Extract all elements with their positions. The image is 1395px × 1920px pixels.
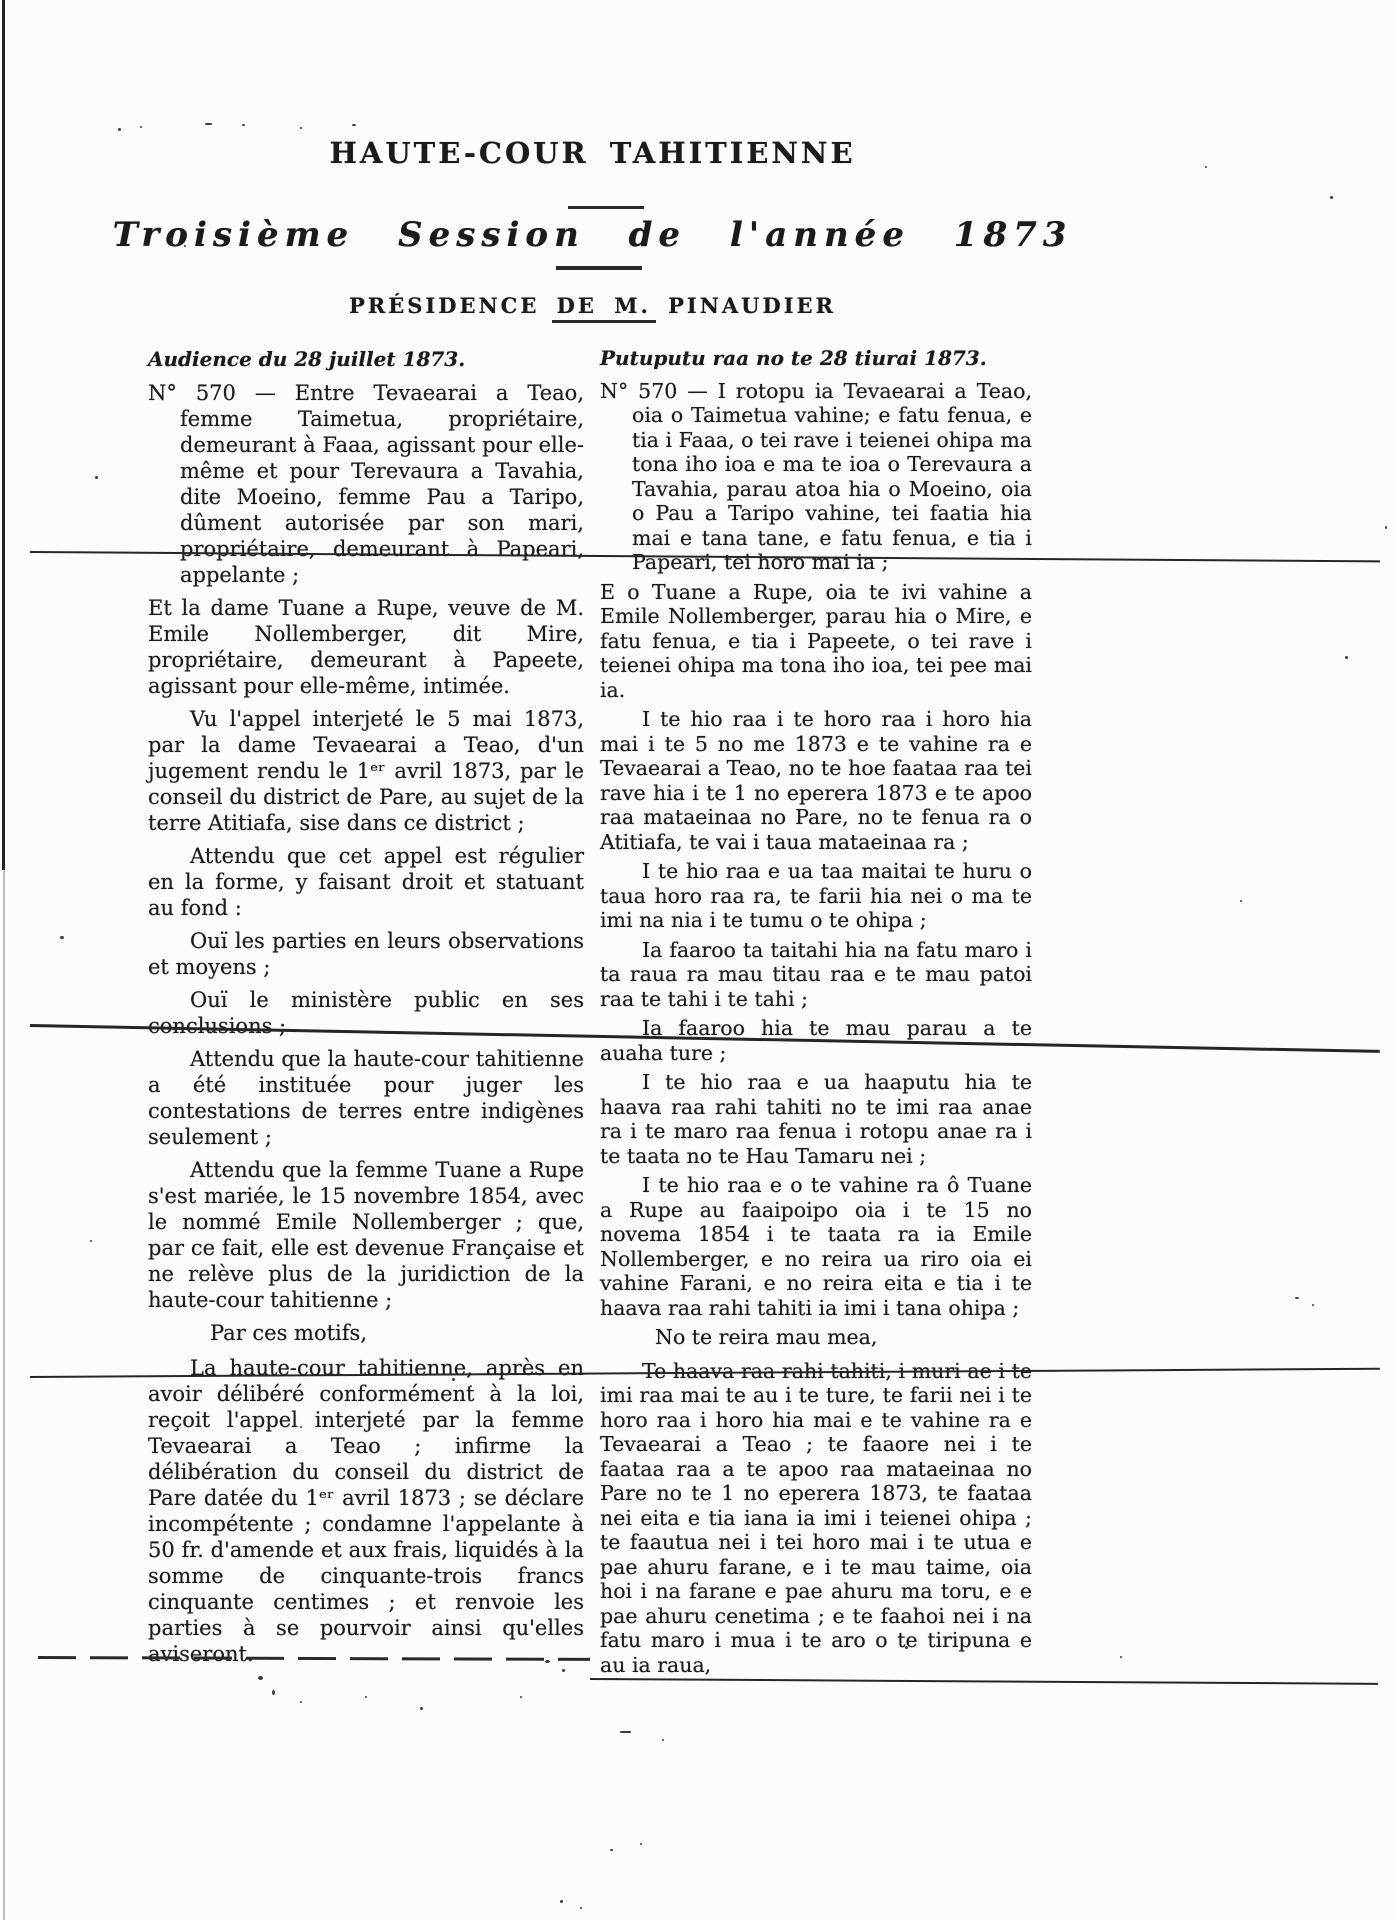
french-paragraph: Attendu que la femme Tuane a Rupe s'est …	[148, 1157, 584, 1313]
scanned-court-document-page: HAUTE-COUR TAHITIENNE Troisième Session …	[0, 0, 1395, 1920]
french-column: Audience du 28 juillet 1873. N° 570 — En…	[148, 346, 584, 1674]
header-rule-1	[568, 206, 644, 209]
tahitian-paragraph: N° 570 — I rotopu ia Tevaearai a Teao, o…	[600, 379, 1032, 575]
court-title: HAUTE-COUR TAHITIENNE	[0, 136, 1185, 170]
tahitian-paragraph: I te hio raa e ua taa maitai te huru o t…	[600, 859, 1032, 933]
tahitian-paragraph: I te hio raa i te horo raa i horo hia ma…	[600, 707, 1032, 854]
french-paragraph: Vu l'appel interjeté le 5 mai 1873, par …	[148, 706, 584, 836]
french-motifs-line: Par ces motifs,	[148, 1320, 584, 1346]
french-paragraph: Ouï les parties en leurs observations et…	[148, 928, 584, 980]
header-rule-3	[552, 320, 656, 323]
page-edge-line-dark	[2, 0, 5, 870]
french-paragraph: Attendu que la haute-cour tahitienne a é…	[148, 1046, 584, 1150]
tahitian-paragraph: I te hio raa e o te vahine ra ô Tuane a …	[600, 1173, 1032, 1320]
tahitian-paragraph: Ia faaroo ta taitahi hia na fatu maro i …	[600, 938, 1032, 1012]
french-paragraph: Et la dame Tuane a Rupe, veuve de M. Emi…	[148, 595, 584, 699]
french-paragraph: N° 570 — Entre Tevaearai a Teao, femme T…	[148, 380, 584, 588]
tahitian-column-heading: Putuputu raa no te 28 tiurai 1873.	[600, 346, 1032, 371]
tahitian-paragraph: I te hio raa e ua haaputu hia te haava r…	[600, 1070, 1032, 1168]
tahitian-column: Putuputu raa no te 28 tiurai 1873. N° 57…	[600, 346, 1032, 1682]
session-title: Troisième Session de l'année 1873	[0, 215, 1185, 255]
french-paragraph: Attendu que cet appel est régulier en la…	[148, 843, 584, 921]
presidency-line: PRÉSIDENCE DE M. PINAUDIER	[0, 293, 1185, 318]
tahitian-motifs-line: No te reira mau mea,	[600, 1325, 1032, 1350]
french-column-heading: Audience du 28 juillet 1873.	[148, 346, 584, 372]
tahitian-paragraph: Te haava raa rahi tahiti, i muri ae i te…	[600, 1359, 1032, 1678]
french-paragraph: La haute-cour tahitienne, après en avoir…	[148, 1355, 584, 1667]
tahitian-paragraph: E o Tuane a Rupe, oia te ivi vahine a Em…	[600, 580, 1032, 703]
page-edge-line-light	[3, 870, 5, 1920]
header-rule-2	[556, 266, 642, 270]
